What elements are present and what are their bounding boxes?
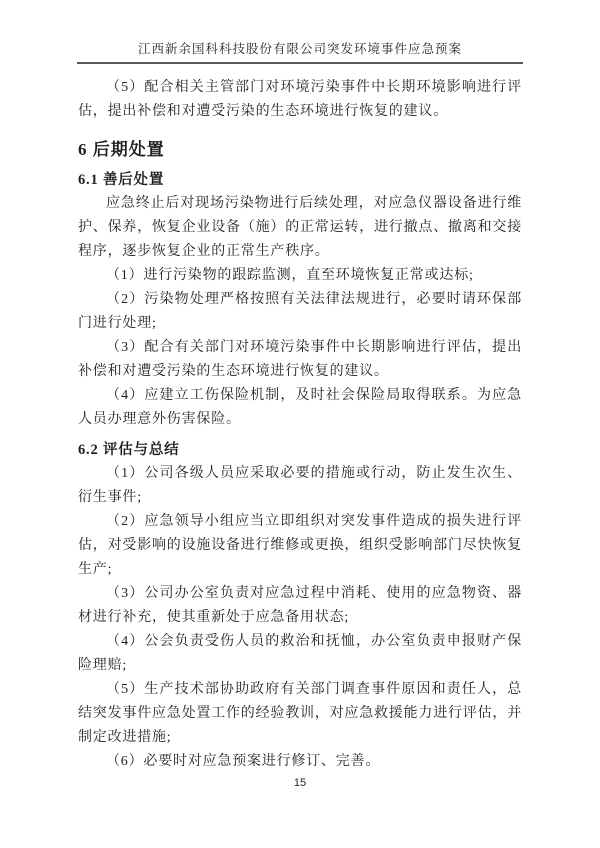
section-61-item-2: （2）污染物处理严格按照有关法律法规进行，必要时请环保部门进行处理; xyxy=(78,288,522,336)
page-number: 15 xyxy=(294,777,306,789)
document-page: 江西新余国科科技股份有限公司突发环境事件应急预案 （5）配合相关主管部门对环境污… xyxy=(0,0,600,848)
section-62-item-2: （2）应急领导小组应当立即组织对突发事件造成的损失进行评估，对受影响的设施设备进… xyxy=(78,510,522,582)
document-body: （5）配合相关主管部门对环境污染事件中长期环境影响进行评估，提出补偿和对遭受污染… xyxy=(78,76,522,774)
section-62-item-5: （5）生产技术部协助政府有关部门调查事件原因和责任人，总结突发事件应急处置工作的… xyxy=(78,678,522,750)
section-61-item-3: （3）配合有关部门对环境污染事件中长期影响进行评估，提出补偿和对遭受污染的生态环… xyxy=(78,336,522,384)
section-61-item-1: （1）进行污染物的跟踪监测，直至环境恢复正常或达标; xyxy=(78,264,522,288)
section-62-item-6: （6）必要时对应急预案进行修订、完善。 xyxy=(78,750,522,774)
page-footer: 15 xyxy=(0,773,600,791)
paragraph-intro-item-5: （5）配合相关主管部门对环境污染事件中长期环境影响进行评估，提出补偿和对遭受污染… xyxy=(78,76,522,124)
header-title: 江西新余国科科技股份有限公司突发环境事件应急预案 xyxy=(77,39,523,57)
section-61-paragraph: 应急终止后对现场污染物进行后续处理，对应急仪器设备进行维护、保养，恢复企业设备（… xyxy=(78,192,522,264)
section-62-item-4: （4）公会负责受伤人员的救治和抚恤，办公室负责申报财产保险理赔; xyxy=(78,630,522,678)
section-62-item-3: （3）公司办公室负责对应急过程中消耗、使用的应急物资、器材进行补充，使其重新处于… xyxy=(78,582,522,630)
section-62-item-1: （1）公司各级人员应采取必要的措施或行动，防止发生次生、衍生事件; xyxy=(78,462,522,510)
section-61-item-4: （4）应建立工伤保险机制，及时社会保险局取得联系。为应急人员办理意外伤害保险。 xyxy=(78,384,522,432)
section-61-heading: 6.1 善后处置 xyxy=(78,168,522,192)
section-62-heading: 6.2 评估与总结 xyxy=(78,438,522,462)
page-header: 江西新余国科科技股份有限公司突发环境事件应急预案 xyxy=(77,39,523,64)
chapter-heading: 6 后期处置 xyxy=(78,137,522,163)
